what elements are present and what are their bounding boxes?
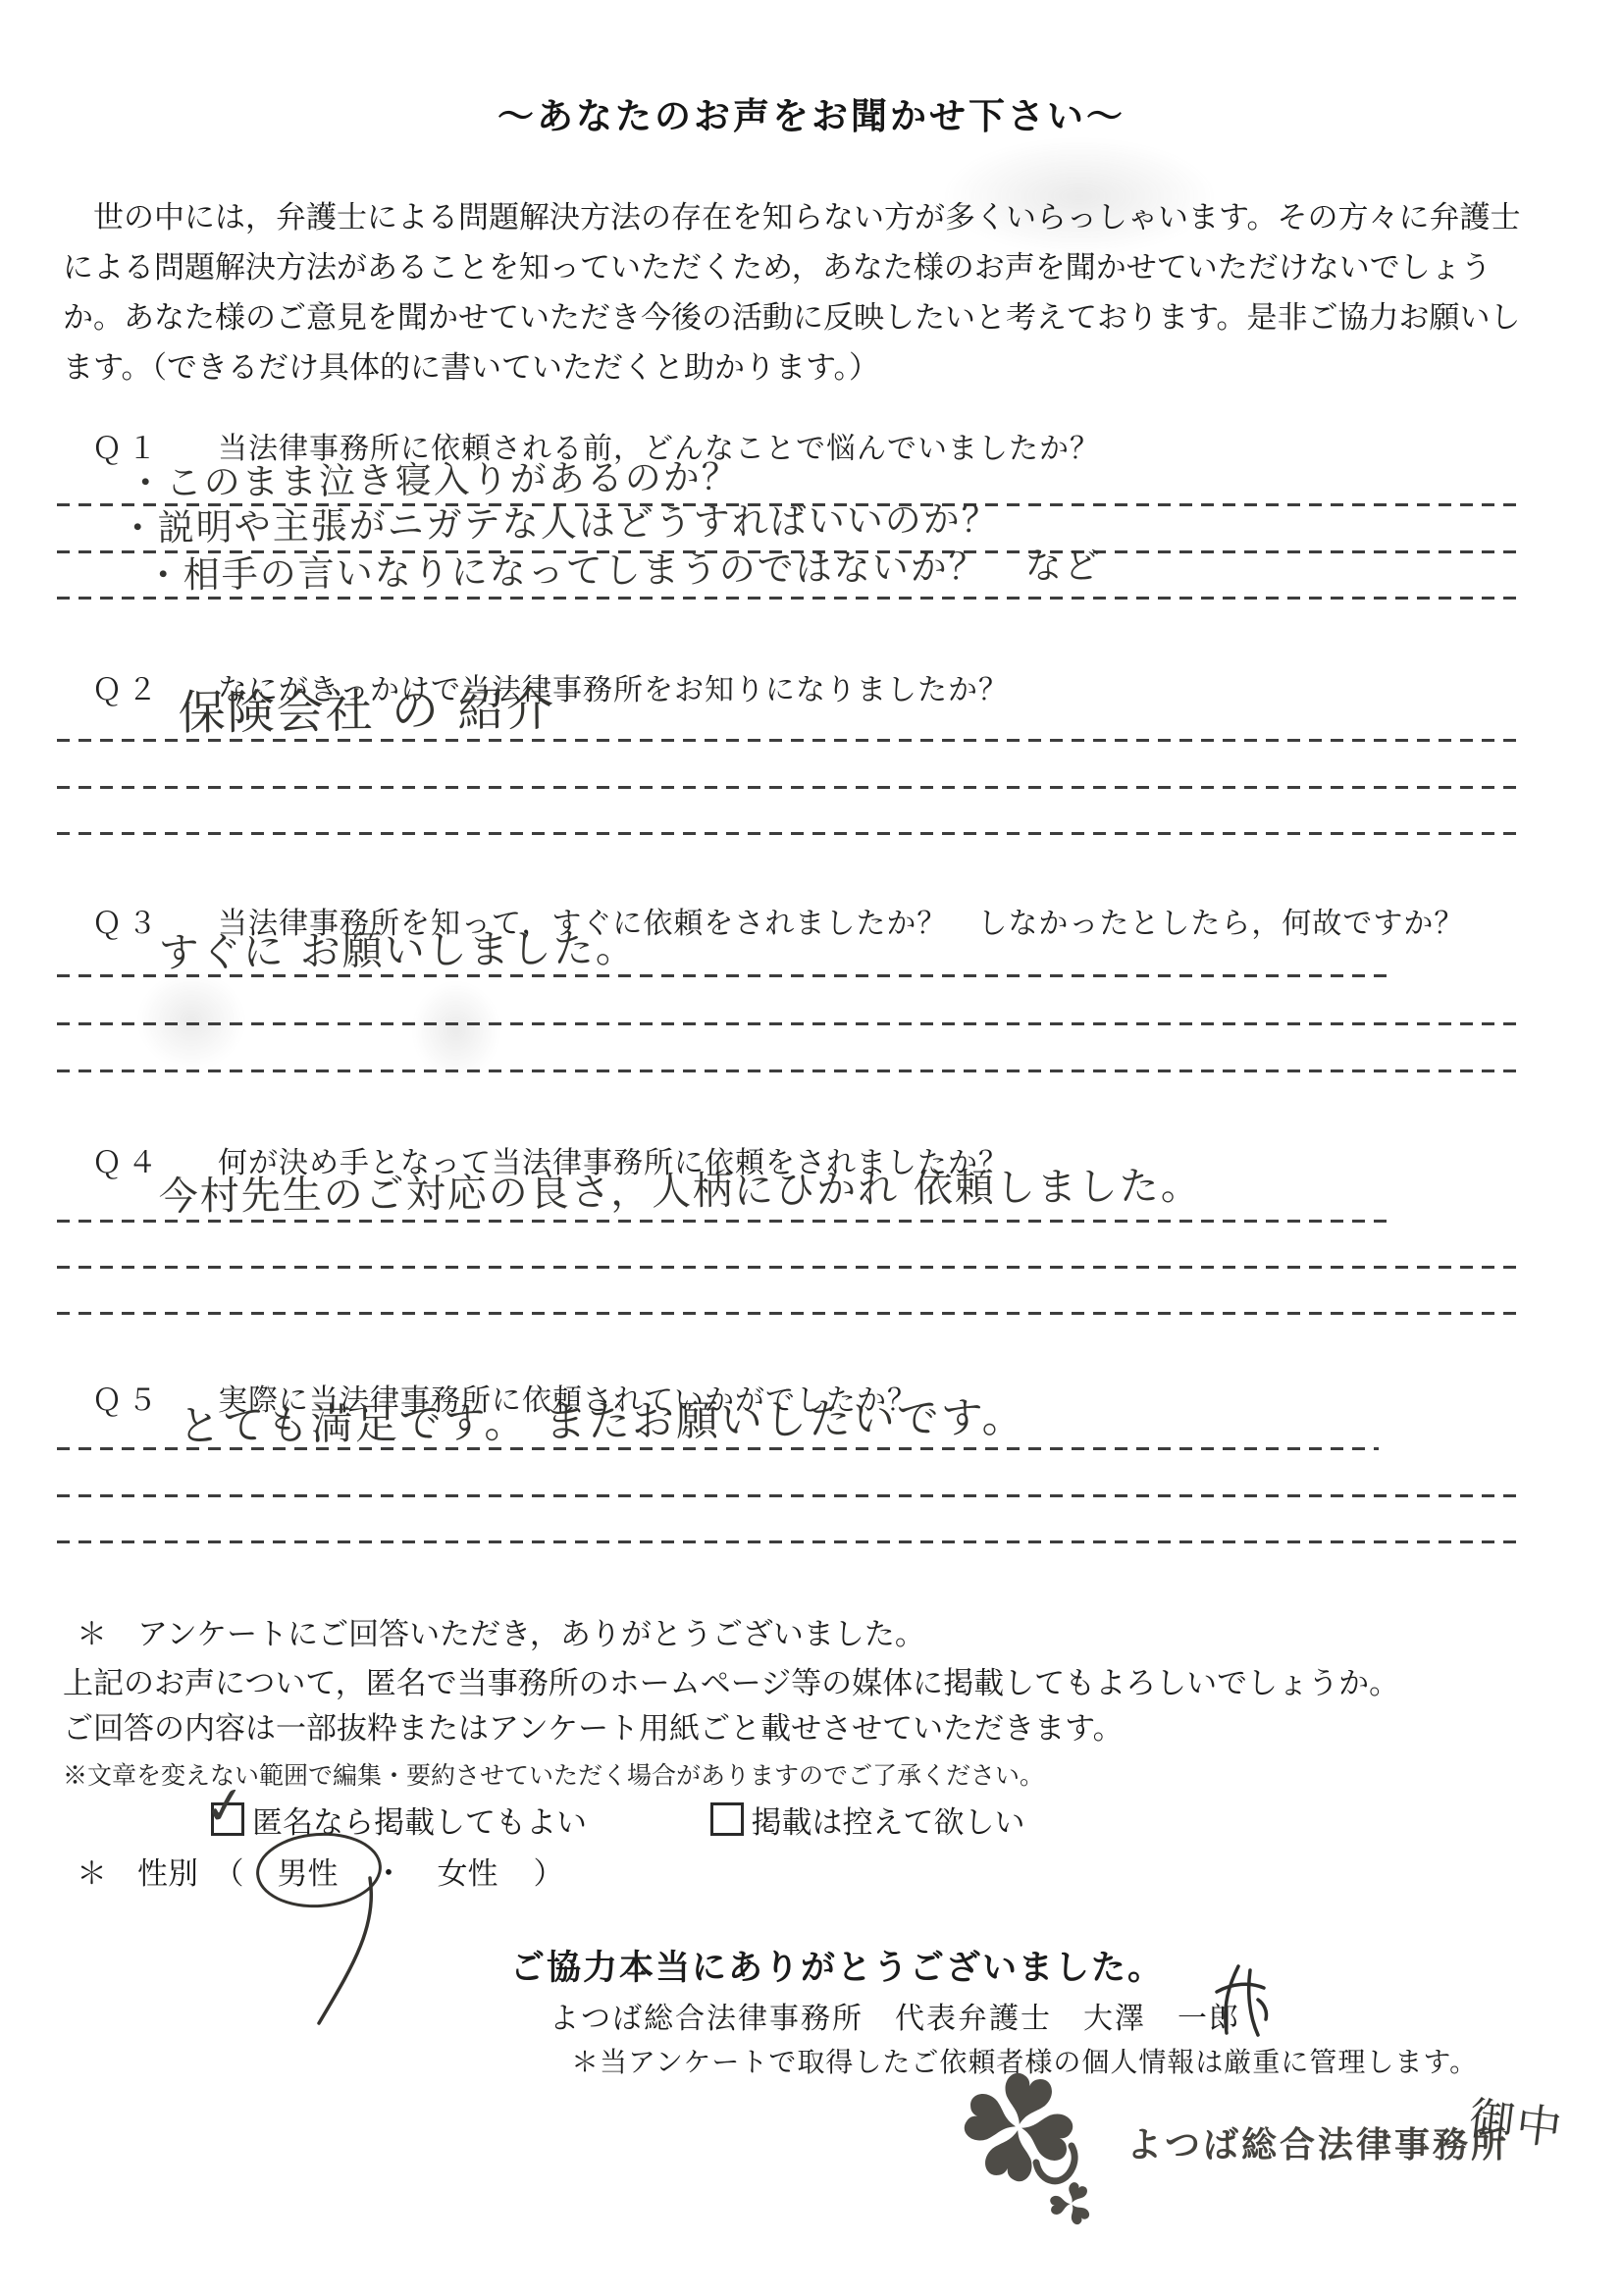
page-title: ～あなたのお声をお聞かせ下さい～	[0, 86, 1623, 139]
consent-option-anonymous-ok[interactable]: ✓匿名なら掲載してもよい	[211, 1805, 595, 1840]
intro-paragraph: 世の中には，弁護士による問題解決方法の存在を知らない方が多くいらっしゃいます。そ…	[63, 192, 1566, 392]
scan-artifact	[412, 981, 500, 1079]
handwritten-answer: すぐに お願いしました。	[158, 915, 638, 978]
handwritten-answer: とても満足です。 またお願いしたいです。	[178, 1384, 1025, 1453]
question-label: Ｑ２	[92, 665, 163, 708]
answer-line	[57, 1266, 1521, 1269]
handwritten-answer: ・相手の言いなりになってしまうのではないか？ など	[144, 536, 1102, 599]
question-label: Ｑ５	[92, 1376, 163, 1419]
handwritten-answer: 今村先生のご対応の良さ，人柄にひかれ 依頼しました。	[158, 1155, 1202, 1222]
answer-line	[57, 739, 1521, 742]
intro-line: ます。（できるだけ具体的に書いていただくと助かります。）	[63, 342, 1566, 392]
answer-line	[57, 832, 1521, 835]
gender-option-male[interactable]: 男性	[272, 1849, 344, 1893]
question-label: Ｑ４	[92, 1138, 163, 1181]
intro-line: 世の中には，弁護士による問題解決方法の存在を知らない方が多くいらっしゃいます。そ…	[63, 192, 1566, 242]
answer-line	[57, 786, 1521, 789]
firm-name: よつば総合法律事務所	[1126, 2117, 1509, 2167]
handwritten-addressee: 御中	[1466, 2082, 1567, 2158]
answer-line	[57, 1447, 1379, 1450]
answer-line	[57, 1070, 1521, 1072]
answer-line	[57, 974, 1393, 977]
survey-scan-page: ～あなたのお声をお聞かせ下さい～ 世の中には，弁護士による問題解決方法の存在を知…	[0, 0, 1623, 2296]
gender-option-female[interactable]: 女性	[438, 1856, 498, 1891]
survey-thanks-line: ＊ アンケートにご回答いただき，ありがとうございました。	[77, 1609, 925, 1653]
clover-logo-icon	[962, 2070, 1109, 2227]
consent-option-label: 掲載は控えて欲しい	[752, 1805, 1025, 1840]
gender-prefix: ＊ 性別 （	[77, 1856, 244, 1891]
gender-row: ＊ 性別 （男性・女性）	[77, 1849, 564, 1893]
intro-line: か。あなた様のご意見を聞かせていただき今後の活動に反映したいと考えております。是…	[63, 292, 1566, 342]
consent-option-no-publish[interactable]: 掲載は控えて欲しい	[710, 1805, 1025, 1840]
answer-line	[57, 1022, 1521, 1025]
scan-artifact	[137, 971, 245, 1070]
checkbox-icon[interactable]: ✓	[211, 1802, 244, 1836]
publish-request-line2: ご回答の内容は一部抜粋またはアンケート用紙ごと載せさせていただきます。	[63, 1703, 1124, 1748]
gender-suffix: ）	[534, 1856, 564, 1891]
publish-request-line1: 上記のお声について，匿名で当事務所のホームページ等の媒体に掲載してもよろしいでし…	[63, 1658, 1399, 1702]
answer-line	[57, 1220, 1388, 1223]
signature-scribble	[1209, 1960, 1278, 2041]
handwritten-circle-tail	[268, 1876, 395, 2043]
firm-representative-line: よつば総合法律事務所 代表弁護士 大澤 一郎	[550, 1994, 1240, 2037]
checkbox-icon[interactable]	[710, 1802, 744, 1836]
big-thanks: ご協力本当にありがとうございました。	[510, 1941, 1164, 1990]
answer-line	[57, 1494, 1521, 1497]
handwritten-answer: 保険会社 の 紹介	[178, 671, 555, 743]
answer-line	[57, 1540, 1521, 1543]
question-label: Ｑ３	[92, 899, 163, 942]
checkmark-icon: ✓	[200, 1774, 252, 1839]
answer-line	[57, 597, 1521, 600]
answer-line	[57, 1312, 1521, 1315]
intro-line: による問題解決方法があることを知っていただくため，あなた様のお声を聞かせていただ…	[63, 242, 1566, 292]
